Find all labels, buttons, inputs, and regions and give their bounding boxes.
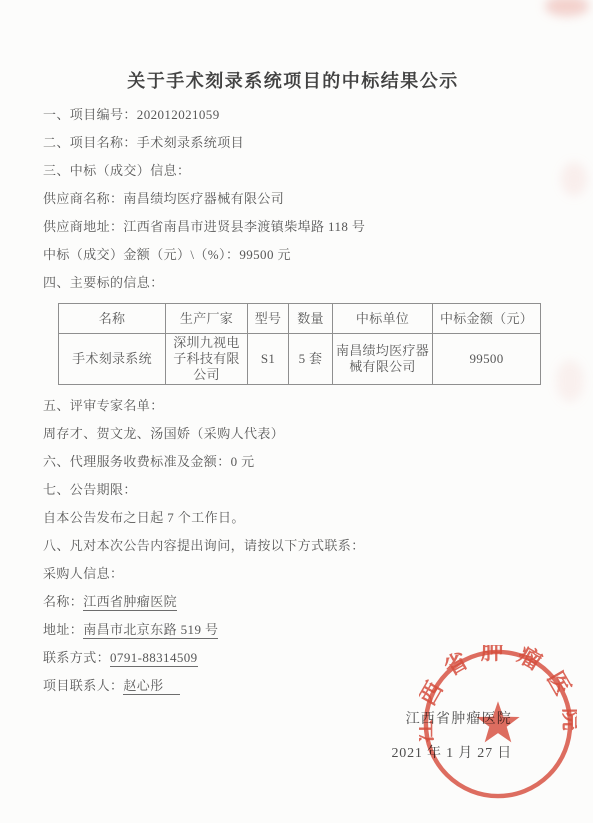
notice-period-line: 自本公告发布之日起 7 个工作日。 <box>43 511 543 525</box>
table-header-cell: 生产厂家 <box>166 304 248 334</box>
supplier-name-line: 供应商名称：南昌绩均医疗器械有限公司 <box>43 192 543 206</box>
signature-date: 2021 年 1 月 27 日 <box>392 746 513 761</box>
signature-block: 江西省肿瘤医院 2021 年 1 月 27 日 <box>392 712 513 761</box>
project-number-line: 一、项目编号：202012021059 <box>43 108 543 122</box>
buyer-address-value: 南昌市北京东路 519 号 <box>83 622 218 639</box>
table-cell-amount: 99500 <box>433 334 541 385</box>
table-header-cell: 型号 <box>248 304 289 334</box>
table-header-row: 名称 生产厂家 型号 数量 中标单位 中标金额（元） <box>59 304 541 334</box>
inquiry-heading: 八、凡对本次公告内容提出询问，请按以下方式联系： <box>43 539 543 553</box>
contact-label: 联系方式： <box>43 650 110 665</box>
award-amount-line: 中标（成交）金额（元）\（%）：99500 元 <box>43 248 543 262</box>
experts-heading: 五、评审专家名单： <box>43 399 543 413</box>
contact-number-value: 0791-88314509 <box>110 650 198 667</box>
table-header-cell: 名称 <box>59 304 166 334</box>
contact-person-line: 项目联系人：赵心彤 <box>43 679 543 693</box>
contact-line: 联系方式：0791-88314509 <box>43 651 543 665</box>
signature-org: 江西省肿瘤医院 <box>392 712 513 727</box>
contact-person-value: 赵心彤 <box>123 678 179 695</box>
supplier-address-line: 供应商地址：江西省南昌市进贤县李渡镇柴埠路 118 号 <box>43 220 543 234</box>
document-body: 关于手术刻录系统项目的中标结果公示 一、项目编号：202012021059 二、… <box>0 0 593 693</box>
project-name-line: 二、项目名称：手术刻录系统项目 <box>43 136 543 150</box>
table-cell-manufacturer: 深圳九视电子科技有限公司 <box>166 334 248 385</box>
table-cell-quantity: 5 套 <box>289 334 333 385</box>
page-title: 关于手术刻录系统项目的中标结果公示 <box>43 0 543 92</box>
experts-line: 周存才、贺文龙、汤国娇（采购人代表） <box>43 427 543 441</box>
scanned-document-page: 关于手术刻录系统项目的中标结果公示 一、项目编号：202012021059 二、… <box>0 0 593 823</box>
table-cell-winner: 南昌绩均医疗器械有限公司 <box>333 334 433 385</box>
buyer-name-line: 名称：江西省肿瘤医院 <box>43 595 543 609</box>
bid-items-table: 名称 生产厂家 型号 数量 中标单位 中标金额（元） 手术刻录系统 深圳九视电子… <box>58 303 541 385</box>
contact-person-label: 项目联系人： <box>43 678 123 693</box>
table-cell-model: S1 <box>248 334 289 385</box>
buyer-name-label: 名称： <box>43 594 83 609</box>
table-cell-item-name: 手术刻录系统 <box>59 334 166 385</box>
main-items-heading: 四、主要标的信息： <box>43 276 543 290</box>
buyer-address-label: 地址： <box>43 622 83 637</box>
table-header-cell: 中标单位 <box>333 304 433 334</box>
buyer-name-value: 江西省肿瘤医院 <box>83 594 177 611</box>
notice-period-heading: 七、公告期限： <box>43 483 543 497</box>
table-row: 手术刻录系统 深圳九视电子科技有限公司 S1 5 套 南昌绩均医疗器械有限公司 … <box>59 334 541 385</box>
award-info-heading: 三、中标（成交）信息： <box>43 164 543 178</box>
agency-fee-line: 六、代理服务收费标准及金额：0 元 <box>43 455 543 469</box>
buyer-address-line: 地址：南昌市北京东路 519 号 <box>43 623 543 637</box>
table-header-cell: 中标金额（元） <box>433 304 541 334</box>
buyer-heading: 采购人信息： <box>43 567 543 581</box>
table-header-cell: 数量 <box>289 304 333 334</box>
